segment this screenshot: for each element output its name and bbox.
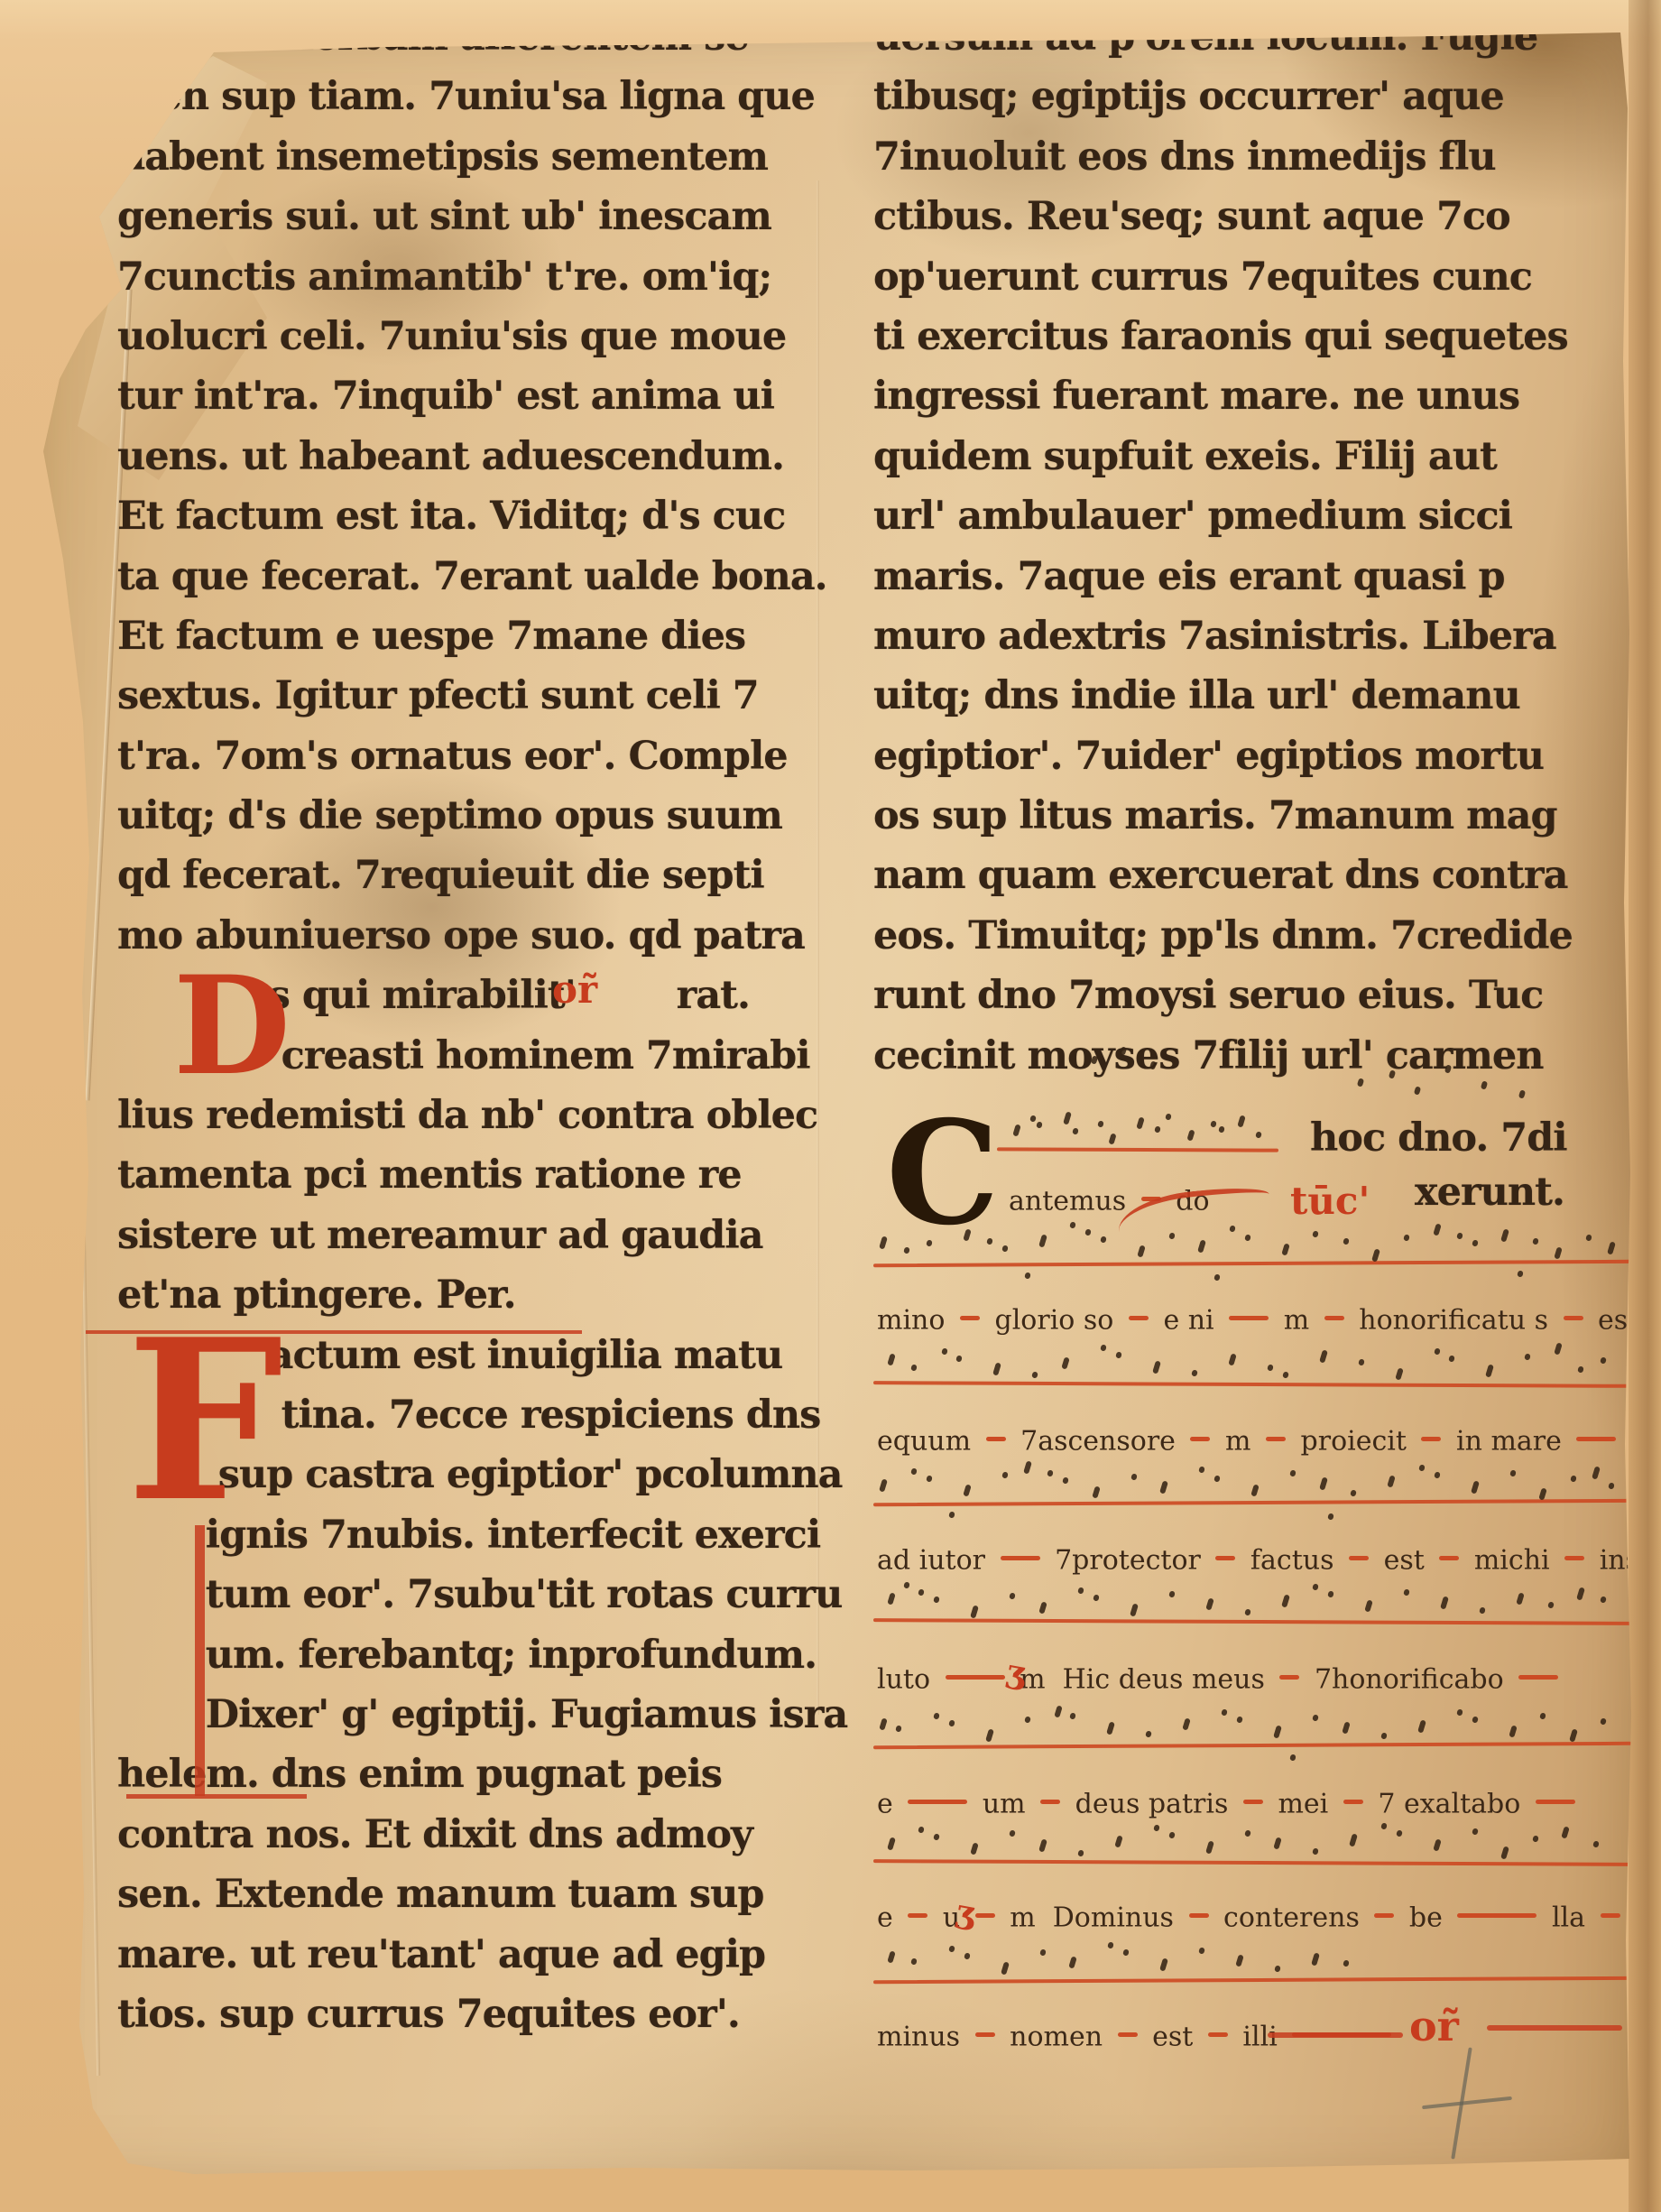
neume-mark: [1115, 1351, 1122, 1358]
chant-lyric: equum 7ascensore m proiecit in mare: [877, 1424, 1622, 1458]
neume-mark: [933, 1712, 940, 1719]
neume-mark: [1236, 1716, 1243, 1723]
neume-mark: [1532, 1835, 1539, 1842]
prose-line: hoc dno. 7di: [1310, 1115, 1567, 1161]
neume-mark: [1030, 1115, 1038, 1122]
chant-lyric: e u m Dominus conterens be lla do: [877, 1901, 1661, 1934]
neume-mark: [1165, 1113, 1172, 1120]
neume-mark: [1145, 1730, 1152, 1737]
neume-mark: [1213, 1273, 1221, 1281]
neume-mark: [1168, 1590, 1176, 1597]
neume-mark: [1244, 1234, 1251, 1241]
neume-mark: [1168, 1232, 1176, 1239]
text-line: nam quam exercuerat dns contra: [873, 846, 1631, 905]
neume-mark: [1152, 1360, 1161, 1374]
text-line: tur int'ra. 7inquib' est anima ui: [117, 366, 803, 426]
text-line: 7inuoluit eos dns inmedijs flu: [873, 127, 1631, 187]
neume-mark: [1517, 1270, 1524, 1277]
neume-mark: [1479, 1606, 1486, 1614]
neume-mark: [964, 1952, 971, 1959]
neume-mark: [1092, 1485, 1101, 1498]
chant-lyric: e um deus patris mei 7 exaltabo: [877, 1787, 1582, 1820]
chant-lyric: mino glorio so e ni m honorificatu s est: [877, 1303, 1638, 1337]
neume-mark: [1327, 1513, 1334, 1520]
neume-mark: [1562, 1826, 1571, 1838]
staff-line: [873, 1381, 1631, 1388]
neume-mark: [985, 1728, 994, 1742]
initial-D: D: [173, 958, 291, 1094]
text-line: uens. ut habeant aduescendum.: [117, 427, 803, 486]
neume-mark: [1024, 1272, 1031, 1279]
neume-mark: [1395, 1367, 1404, 1380]
neume-mark: [1532, 1237, 1539, 1245]
neume-mark: [1327, 1590, 1334, 1597]
neume-mark: [1554, 1342, 1563, 1355]
parchment-leaf: omnem herbam afferentem semen sup tiam. …: [0, 0, 1661, 2212]
neume-mark: [1380, 1822, 1388, 1829]
neume-mark: [1001, 1961, 1010, 1975]
neume-mark: [1509, 1469, 1517, 1476]
neume-mark: [1038, 1601, 1047, 1614]
neume-mark: [1273, 1837, 1282, 1849]
neume-mark: [1592, 1840, 1600, 1847]
neume-mark: [1349, 1833, 1358, 1846]
neume-mark: [1001, 1245, 1009, 1252]
neume-mark: [1100, 1344, 1107, 1351]
neume-mark: [1585, 1234, 1592, 1241]
prose-line: xerunt.: [1415, 1170, 1564, 1215]
neume-mark: [970, 1605, 979, 1618]
prose-after-music-2: xerunt.: [1415, 1162, 1564, 1222]
neume-mark: [1183, 1717, 1192, 1730]
neume-mark: [1267, 1364, 1274, 1371]
staff-line: [873, 1499, 1631, 1506]
text-line: tamenta pci mentis ratione re: [117, 1145, 803, 1205]
neume-mark: [1153, 1824, 1160, 1831]
neume-mark: [1130, 1473, 1138, 1480]
neume-mark: [1472, 1239, 1479, 1246]
neume-mark: [970, 1842, 979, 1855]
end-rubric-line-left: [1268, 2032, 1403, 2038]
initial-F-stem: [195, 1525, 205, 1796]
neume-mark: [1518, 1089, 1526, 1098]
text-line: uolucri celi. 7uniu'sis que moue: [117, 307, 803, 366]
neume-mark: [1434, 1347, 1441, 1355]
text-line: mare. ut reu'tant' aque ad egip: [117, 1925, 803, 1985]
neume-mark: [1235, 1954, 1244, 1967]
neume-mark: [1281, 1594, 1290, 1607]
neume-mark: [1238, 1115, 1247, 1127]
neume-mark: [1168, 1831, 1176, 1838]
staff-line: [873, 1618, 1631, 1625]
initial-F-baseline: [126, 1794, 307, 1799]
neume-mark: [1396, 1829, 1403, 1837]
neume-mark: [1456, 1232, 1463, 1239]
neume-mark: [1434, 1471, 1441, 1478]
manuscript-photo: omnem herbam afferentem semen sup tiam. …: [0, 0, 1661, 2212]
text-line: quidem supfuit exeis. Filij aut: [873, 427, 1631, 486]
neume-mark: [955, 1355, 963, 1362]
text-line: uitq; dns indie illa url' demanu: [873, 666, 1631, 726]
neume-mark: [1274, 1965, 1281, 1972]
neume-mark: [1414, 1086, 1421, 1095]
neume-mark: [1312, 1230, 1319, 1237]
neume-mark: [992, 1362, 1001, 1375]
initial-F-topline: [86, 1330, 582, 1334]
neume-mark: [1219, 1125, 1226, 1133]
neume-mark: [1364, 1599, 1373, 1612]
text-line: tum eor'. 7subu'tit rotas curru: [117, 1565, 803, 1624]
neume-mark: [1500, 1846, 1509, 1859]
neume-mark: [1229, 1225, 1236, 1232]
text-line: sistere ut mereamur ad gaudia: [117, 1206, 803, 1265]
neume-mark: [1077, 1587, 1084, 1594]
neume-mark: [1159, 1957, 1168, 1971]
neume-mark: [1481, 1080, 1488, 1089]
staff-line: [873, 1260, 1631, 1267]
staff-line: [873, 1742, 1631, 1749]
neume-mark: [1289, 1469, 1297, 1476]
neume-mark: [1570, 1475, 1577, 1482]
neume-mark: [880, 1717, 889, 1730]
neume-mark: [1448, 1355, 1455, 1362]
neume-mark: [1244, 1829, 1251, 1837]
text-line: men sup tiam. 7uniu'sa ligna que: [117, 67, 803, 126]
rubric-tunc: tūc': [1290, 1179, 1370, 1223]
text-line: maris. 7aque eis erant quasi p: [873, 547, 1631, 606]
neume-mark: [1084, 1228, 1092, 1236]
staff-line: [873, 1976, 1631, 1984]
neume-mark: [1072, 1127, 1079, 1134]
neume-mark: [1343, 1237, 1350, 1245]
mount-background: [1629, 0, 1661, 2212]
neume-mark: [1312, 1583, 1319, 1590]
neume-mark: [895, 1725, 902, 1732]
neume-mark: [1418, 1464, 1426, 1471]
neume-mark: [1205, 1840, 1214, 1854]
neume-mark: [887, 1353, 896, 1365]
neume-mark: [1433, 1223, 1442, 1236]
neume-mark: [887, 1837, 896, 1850]
text-line: Et factum est ita. Viditq; d's cuc: [117, 486, 803, 546]
neume-mark: [1009, 1829, 1016, 1837]
neume-mark: [918, 1588, 925, 1596]
neume-mark: [1009, 1592, 1016, 1599]
neume-mark: [1159, 1480, 1168, 1494]
neume-mark: [1062, 1476, 1069, 1484]
neume-mark: [1319, 1476, 1328, 1490]
neume-mark: [1122, 1948, 1130, 1956]
neume-mark: [1197, 1239, 1206, 1253]
rubric-oratio-end: or̃: [1409, 2002, 1459, 2050]
text-line: cecinit moyses 7filij url' carmen: [873, 1026, 1631, 1086]
text-line: sextus. Igitur pfecti sunt celi 7: [117, 666, 803, 726]
text-line: habent insemetipsis sementem: [117, 127, 803, 187]
text-line: ta que fecerat. 7erant ualde bona.: [117, 547, 803, 606]
initial-F: F: [126, 1310, 283, 1532]
neume-mark: [1403, 1234, 1410, 1241]
neume-mark: [910, 1957, 918, 1965]
text-line: ingressi fuerant mare. ne unus: [873, 366, 1631, 426]
neume-mark: [1500, 1228, 1509, 1242]
neume-mark: [1319, 1349, 1328, 1363]
neume-mark: [1213, 1475, 1221, 1482]
neume-mark: [1244, 1608, 1251, 1615]
neume-mark: [1210, 1120, 1217, 1127]
neume-mark: [1607, 1241, 1616, 1254]
neume-mark: [1608, 1482, 1615, 1489]
text-line: sen. Extende manum tuam sup: [117, 1865, 803, 1924]
neume-mark: [1289, 1754, 1297, 1761]
neume-mark: [1154, 1125, 1161, 1133]
neume-mark: [1038, 1234, 1047, 1247]
neume-mark: [933, 1833, 940, 1840]
neume-mark: [1472, 1828, 1479, 1835]
neume-mark: [1516, 1592, 1525, 1605]
neume-mark: [1485, 1364, 1494, 1377]
neume-mark: [1097, 1120, 1104, 1127]
initial-C: C: [886, 1103, 1000, 1245]
neume-mark: [1417, 1719, 1426, 1733]
neume-mark: [1350, 1489, 1357, 1496]
neume-mark: [1311, 1952, 1320, 1966]
neume-mark: [1433, 1838, 1442, 1851]
neume-mark: [1024, 1716, 1031, 1723]
neume-mark: [1387, 1475, 1396, 1487]
neume-mark: [1136, 1116, 1145, 1129]
neume-mark: [963, 1484, 972, 1496]
rubric-oratio-mid: or̃: [552, 967, 597, 1012]
text-line: t'ra. 7om's ornatus eor'. Comple: [117, 727, 803, 786]
neume-mark: [1440, 1596, 1449, 1609]
neume-mark: [1031, 1371, 1038, 1378]
neume-mark: [1281, 1243, 1290, 1255]
neume-mark: [1069, 1956, 1078, 1968]
text-line: uitq; d's die septimo opus suum: [117, 786, 803, 846]
neume-mark: [1100, 1236, 1107, 1243]
text-line: generis sui. ut sint ub' inescam: [117, 187, 803, 246]
text-line: qd fecerat. 7requieuit die septi: [117, 846, 803, 905]
neume-mark: [1108, 1133, 1116, 1144]
text-line: muro adextris 7asinistris. Libera: [873, 606, 1631, 666]
text-line: 7cunctis animantib' t're. om'iq;: [117, 247, 803, 307]
neume-mark: [1187, 1129, 1195, 1141]
neume-mark: [933, 1596, 940, 1603]
neume-mark: [1228, 1353, 1237, 1365]
text-line: tios. sup currus 7equites eor'.: [117, 1985, 803, 2044]
neume-mark: [903, 1581, 910, 1588]
neume-mark: [887, 1950, 896, 1963]
text-line: egiptior'. 7uider' egiptios mortu: [873, 727, 1631, 786]
neume-mark: [1137, 1245, 1146, 1257]
text-line: Dixer' g' egiptij. Fugiamus isra: [117, 1685, 803, 1745]
neume-mark: [1106, 1721, 1115, 1735]
neume-mark: [1380, 1732, 1388, 1739]
neume-mark: [1472, 1716, 1479, 1723]
neume-mark: [1054, 1705, 1063, 1717]
neume-mark: [948, 1945, 955, 1952]
neume-mark: [1012, 1124, 1021, 1136]
text-line: Et factum e uespe 7mane dies: [117, 606, 803, 666]
neume-mark: [1342, 1721, 1351, 1734]
neume-mark: [1093, 1594, 1100, 1601]
neume-mark: [1250, 1484, 1260, 1496]
text-line: os sup litus maris. 7manum mag: [873, 786, 1631, 846]
neume-mark: [1403, 1588, 1410, 1596]
neume-mark: [941, 1347, 948, 1355]
neume-mark: [1047, 1469, 1054, 1476]
neume-mark: [1577, 1365, 1584, 1373]
neume-mark: [1038, 1838, 1047, 1852]
neume-mark: [1114, 1835, 1123, 1847]
neume-mark: [1130, 1603, 1139, 1616]
neume-mark: [1509, 1725, 1518, 1737]
neume-mark: [1312, 1714, 1319, 1721]
neume-mark: [918, 1826, 925, 1833]
text-line: op'uerunt currus 7equites cunc: [873, 247, 1631, 307]
neume-mark: [1524, 1353, 1531, 1360]
neume-mark: [1576, 1587, 1585, 1600]
neume-mark: [1023, 1460, 1032, 1474]
neume-mark: [1357, 1078, 1364, 1087]
neume-mark: [1592, 1466, 1601, 1479]
neume-mark: [1107, 1941, 1114, 1948]
neume-mark: [1221, 1708, 1228, 1716]
neume-mark: [948, 1511, 955, 1518]
chant-lyric: ad iutor 7protector factus est michi ins…: [877, 1543, 1656, 1577]
neume-mark: [1039, 1948, 1047, 1956]
neume-mark: [1471, 1480, 1480, 1494]
neume-mark: [1456, 1708, 1463, 1716]
crease-line: [80, 1128, 100, 2076]
neume-mark: [1312, 1847, 1319, 1855]
neume-mark: [910, 1467, 918, 1475]
neume-mark: [1282, 1371, 1289, 1378]
text-line: ctibus. Reu'seq; sunt aque 7co: [873, 187, 1631, 246]
chant-lyric: luto m Hic deus meus 7honorificabo: [877, 1662, 1564, 1696]
neume-mark: [1036, 1121, 1043, 1128]
neume-mark: [1063, 1111, 1072, 1125]
neume-mark: [1358, 1358, 1365, 1365]
neume-mark: [1547, 1601, 1555, 1608]
neume-mark: [1569, 1728, 1578, 1742]
neume-mark: [1205, 1597, 1214, 1610]
neume-mark: [1061, 1356, 1070, 1369]
neume-mark: [1069, 1712, 1076, 1719]
text-line: contra nos. Et dixit dns admoy: [117, 1805, 803, 1865]
neume-mark: [1343, 1959, 1350, 1967]
neume-mark: [1198, 1947, 1205, 1954]
text-line: tibusq; egiptijs occurrer' aque: [873, 67, 1631, 126]
neume-mark: [1600, 1356, 1607, 1364]
text-line: eos. Timuitq; pp'ls dnm. 7credide: [873, 906, 1631, 966]
neume-mark: [887, 1592, 896, 1605]
staff-line: [873, 1859, 1631, 1866]
neume-mark: [1600, 1596, 1607, 1603]
neume-mark: [1273, 1725, 1282, 1738]
neume-mark: [1554, 1246, 1563, 1259]
neume-mark: [1539, 1712, 1546, 1719]
text-line: omnem herbam afferentem se: [117, 7, 803, 67]
neume-mark: [1001, 1471, 1009, 1478]
neume-mark: [1069, 1221, 1076, 1228]
neume-mark: [926, 1475, 933, 1482]
right-column: uersum ad p'orem locum. Fugietibusq; egi…: [873, 7, 1631, 1086]
text-line: uersum ad p'orem locum. Fugie: [873, 7, 1631, 67]
neume-mark: [1255, 1131, 1262, 1138]
neume-mark: [948, 1719, 955, 1726]
text-line: ti exercitus faraonis qui sequetes: [873, 307, 1631, 366]
text-line: um. ferebantq; inprofundum.: [117, 1625, 803, 1685]
text-line: url' ambulauer' pmedium sicci: [873, 486, 1631, 546]
neume-mark: [1191, 1369, 1198, 1376]
prose-after-music-1: hoc dno. 7di: [1310, 1108, 1567, 1168]
text-line: runt dno 7moysi seruo eius. Tuc: [873, 966, 1631, 1025]
neume-mark: [910, 1364, 918, 1371]
neume-mark: [1077, 1849, 1084, 1856]
neume-mark: [1600, 1717, 1607, 1725]
neume-mark: [1198, 1466, 1205, 1473]
staff-line: [997, 1147, 1278, 1152]
end-rubric-line-right: [1487, 2025, 1622, 2031]
neume-mark: [879, 1478, 888, 1492]
